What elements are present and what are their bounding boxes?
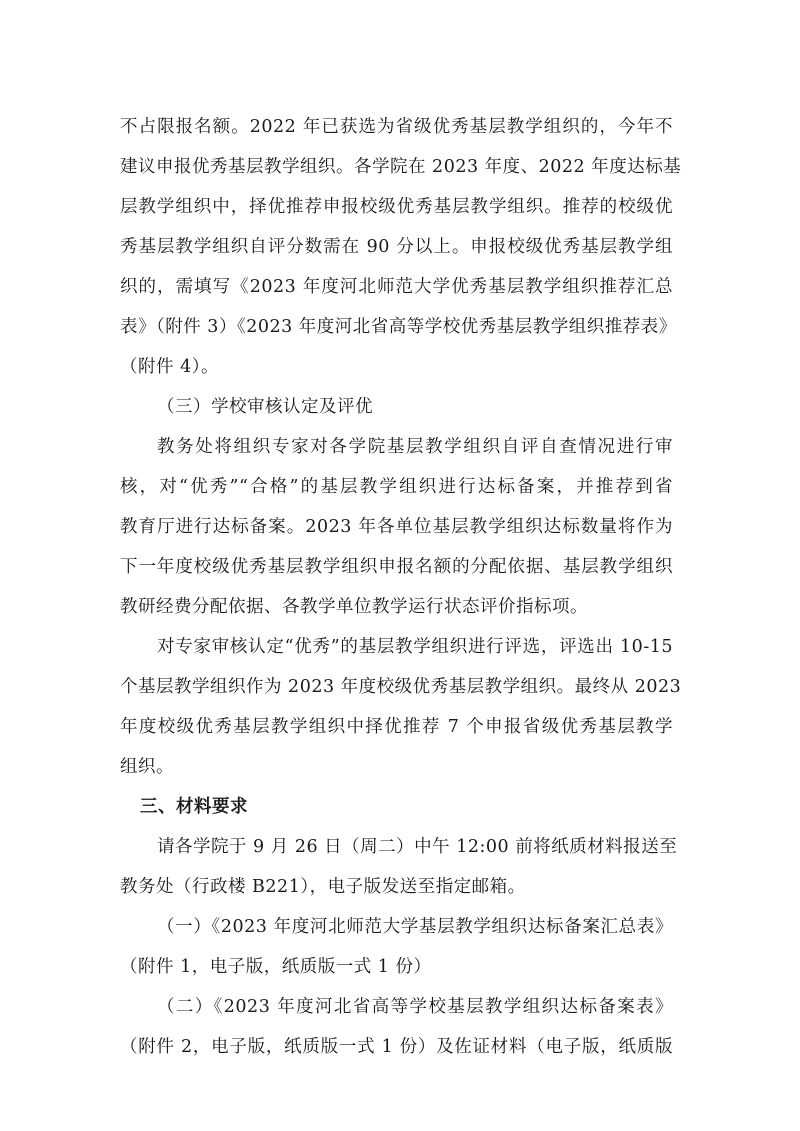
paragraph-line: 教务处（行政楼 B221），电子版发送至指定邮箱。 — [120, 867, 673, 907]
paragraph-line: 秀基层教学组织自评分数需在 90 分以上。申报校级优秀基层教学组 — [120, 227, 673, 267]
paragraph-line: 下一年度校级优秀基层教学组织申报名额的分配依据、基层教学组织 — [120, 547, 673, 587]
material-item-1-note: （附件 1，电子版，纸质版一式 1 份） — [120, 947, 673, 987]
material-item-1: （一）《2023 年度河北师范大学基层教学组织达标备案汇总表》 — [157, 907, 673, 947]
paragraph-line: 请各学院于 9 月 26 日（周二）中午 12:00 前将纸质材料报送至 — [157, 827, 673, 867]
paragraph-line: 组织。 — [120, 747, 673, 787]
paragraph-line: 教育厅进行达标备案。2023 年各单位基层教学组织达标数量将作为 — [120, 507, 673, 547]
paragraph-line: 对专家审核认定“优秀”的基层教学组织进行评选，评选出 10-15 — [157, 627, 673, 667]
paragraph-line: 个基层教学组织作为 2023 年度校级优秀基层教学组织。最终从 2023 — [120, 667, 673, 707]
paragraph-line: 不占限报名额。2022 年已获选为省级优秀基层教学组织的，今年不 — [120, 107, 673, 147]
paragraph-line: 教务处将组织专家对各学院基层教学组织自评自查情况进行审 — [157, 427, 673, 467]
material-item-2: （二）《2023 年度河北省高等学校基层教学组织达标备案表》 — [157, 987, 673, 1027]
subheading-school-review: （三）学校审核认定及评优 — [157, 387, 673, 427]
paragraph-line: 教研经费分配依据、各教学单位教学运行状态评价指标项。 — [120, 587, 673, 627]
paragraph-line: 织的，需填写《2023 年度河北师范大学优秀基层教学组织推荐汇总 — [120, 267, 673, 307]
paragraph-line: 年度校级优秀基层教学组织中择优推荐 7 个申报省级优秀基层教学 — [120, 707, 673, 747]
document-page: 不占限报名额。2022 年已获选为省级优秀基层教学组织的，今年不 建议申报优秀基… — [0, 0, 800, 1131]
paragraph-line: 表》（附件 3）《2023 年度河北省高等学校优秀基层教学组织推荐表》 — [120, 307, 673, 347]
paragraph-line: （附件 4）。 — [120, 347, 673, 387]
material-item-2-note: （附件 2，电子版，纸质版一式 1 份）及佐证材料（电子版，纸质版 — [120, 1027, 673, 1067]
paragraph-line: 层教学组织中，择优推荐申报校级优秀基层教学组织。推荐的校级优 — [120, 187, 673, 227]
section-heading-material-requirements: 三、材料要求 — [140, 787, 693, 827]
paragraph-line: 建议申报优秀基层教学组织。各学院在 2023 年度、2022 年度达标基 — [120, 147, 673, 187]
paragraph-line: 核，对“优秀”“合格”的基层教学组织进行达标备案，并推荐到省 — [120, 467, 673, 507]
